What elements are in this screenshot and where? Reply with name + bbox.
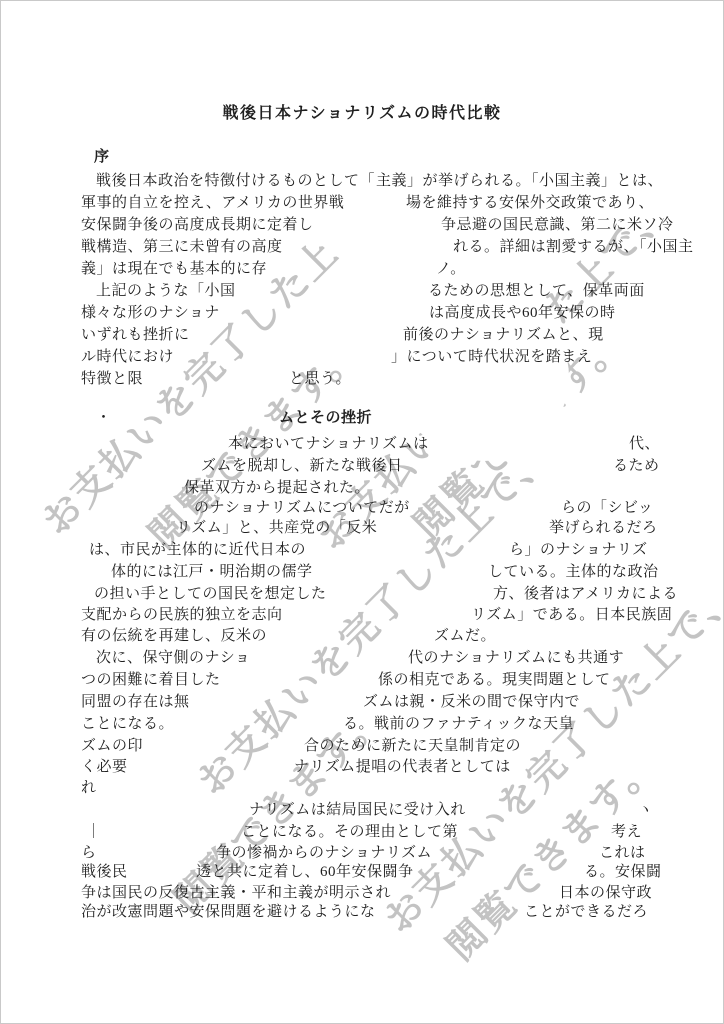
text-fragment: 戦構造、第三に未曾有の高度 <box>81 237 283 257</box>
text-fragment: 透と共に定着し、60年安保闘争 <box>196 862 414 882</box>
text-fragment: らの「シビッ <box>561 498 653 518</box>
text-fragment: 争の惨禍からのナショナリズム <box>216 843 432 863</box>
text-fragment: ｜ <box>86 822 102 842</box>
text-fragment: 戦後民 <box>81 862 128 882</box>
text-fragment: ら <box>81 843 97 863</box>
text-fragment: 特徴と限 <box>81 369 143 389</box>
text-fragment: 支配からの民族的独立を志向 <box>81 605 283 625</box>
text-fragment: 方、後者はアメリカによる <box>493 584 678 604</box>
text-fragment: つの困難に着目した <box>81 670 221 690</box>
text-fragment: ナリズム提唱の代表者としては <box>294 757 511 777</box>
text-fragment: ズムを脱却し、新たな戦後日 <box>201 456 403 476</box>
text-fragment: 軍事的自立を控え、アメリカの世界戦 <box>81 193 344 213</box>
text-fragment: 上記のような「小国 <box>96 281 236 301</box>
text-fragment: る。戦前のファナティックな天皇 <box>343 714 574 734</box>
text-fragment: 義」は現在でも基本的に存 <box>81 259 267 279</box>
text-fragment: 戦後日本政治を特徴付けるものとして「 <box>96 171 375 191</box>
text-fragment: 保革双方から提起された。 <box>184 478 370 498</box>
text-fragment: 挙げられるだろ <box>549 518 658 538</box>
text-fragment: これは <box>599 843 646 863</box>
text-fragment: く必要 <box>81 757 128 777</box>
text-fragment: は、市民が主体的に近代日本の <box>89 540 306 560</box>
text-fragment: ノ。 <box>436 259 466 279</box>
text-fragment: ら」のナショナリズ <box>509 540 648 560</box>
text-fragment: ル時代におけ <box>81 347 174 367</box>
text-fragment: は高度成長や60年安保の時 <box>429 303 616 323</box>
text-fragment: るための思想として、保革両面 <box>428 281 645 301</box>
text-fragment: ことになる。 <box>81 714 174 734</box>
text-fragment: 治が改憲問題や安保問題を避けるようにな <box>81 902 376 922</box>
text-fragment: ・ <box>96 408 112 428</box>
text-fragment: ズムの印 <box>81 736 143 756</box>
text-fragment: と思う。 <box>289 369 351 389</box>
text-fragment: ことになる。その理由として第 <box>241 822 458 842</box>
text-fragment: 代、 <box>629 434 660 454</box>
text-fragment: 前後のナショナリズムと、現 <box>403 325 604 345</box>
text-fragment: 」について時代状況を踏まえ <box>391 347 592 367</box>
document-text-layer: 戦後日本ナショナリズムの時代比較序戦後日本政治を特徴付けるものとして「主義」が挙… <box>1 1 723 1023</box>
text-fragment: ズムだ。 <box>434 626 496 646</box>
text-fragment: れる。詳細は割愛するが、「小国主 <box>453 237 694 257</box>
text-fragment: の担い手としての国民を想定した <box>94 584 327 604</box>
text-fragment: 同盟の存在は無 <box>81 692 190 712</box>
text-fragment: リズム」である。日本民族固 <box>471 605 672 625</box>
text-fragment: 安保闘争後の高度成長期に定着し <box>81 215 314 235</box>
text-fragment: 主義」が挙げられる。「小国主義」とは、 <box>376 171 663 191</box>
text-fragment: 日本の保守政 <box>559 883 652 903</box>
text-fragment: 場を維持する安保外交政策であり、 <box>406 193 654 213</box>
text-fragment: 有の伝統を再建し、反米の <box>81 626 267 646</box>
text-fragment: 序 <box>94 147 110 167</box>
text-fragment: ナリズムは結局国民に受け入れ <box>249 800 466 820</box>
text-fragment: のナショナリズムについてだが <box>194 498 410 518</box>
document-page: お支払いを完了した上で、閲覧できます。お支払いを完了した上で、閲覧できます。お支… <box>0 0 724 1024</box>
text-fragment: ムとその挫折 <box>279 408 372 428</box>
text-fragment: 係の相克である。現実問題として <box>378 670 611 690</box>
text-fragment: ズムは親・反米の間で保守内で <box>363 692 580 712</box>
text-fragment: している。主体的な政治 <box>488 562 659 582</box>
text-fragment: ことができるだろ <box>524 902 648 922</box>
text-fragment: 争忌避の国民意識、第二に米ソ冷 <box>441 215 674 235</box>
text-fragment: 考え <box>611 822 642 842</box>
text-fragment: れ <box>81 778 97 798</box>
text-fragment: 合のために新たに天皇制肯定の <box>304 736 521 756</box>
text-fragment: いずれも挫折に <box>81 325 190 345</box>
text-fragment: ヽ <box>638 800 654 820</box>
text-fragment: 体的には江戸・明治期の儒学 <box>111 562 313 582</box>
text-fragment: 本においてナショナリズムは <box>228 434 429 454</box>
text-fragment: るため <box>613 456 660 476</box>
text-fragment: 代のナショナリズムにも共通す <box>408 648 624 668</box>
text-fragment: 様々な形のナショナ <box>81 303 220 323</box>
text-fragment: る。安保闘 <box>584 862 662 882</box>
page-title: 戦後日本ナショナリズムの時代比較 <box>222 104 501 124</box>
text-fragment: リズム」と、共産党の「反米 <box>176 518 377 538</box>
text-fragment: 次に、保守側のナショ <box>96 648 250 668</box>
text-fragment: 争は国民の反復古主義・平和主義が明示され <box>81 883 391 903</box>
